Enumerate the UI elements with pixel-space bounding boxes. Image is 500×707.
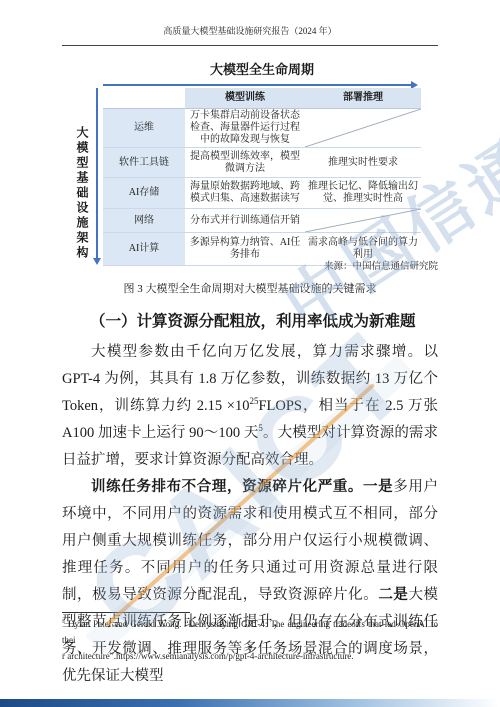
row-train-cell: 万卡集群启动前设备状态检查、海量器件运行过程中的故障发现与恢复 [185, 109, 305, 147]
row-deploy-cell-empty [305, 109, 421, 147]
header-divider-line [62, 45, 438, 46]
figure-side-label: 大模型基础设施架构 [74, 126, 91, 261]
row-deploy-cell: 推理实时性要求 [305, 148, 421, 177]
table-row: AI存储 海量原始数据跨地域、跨模式归集、高速数据读写 推理长记忆、降低输出幻觉… [103, 178, 421, 209]
figure-requirements-table: 模型训练 部署推理 运维 万卡集群启动前设备状态检查、海量器件运行过程中的故障发… [103, 88, 421, 266]
row-train-cell: 提高模型训练效率，模型微调方法 [185, 148, 305, 177]
row-label: 运维 [103, 109, 185, 147]
figure-source: 来源：中国信息通信研究院 [62, 258, 438, 272]
architecture-arrow-down [96, 88, 98, 258]
figure-caption: 图 3 大模型全生命周期对大模型基础设施的关键需求 [62, 280, 438, 296]
figure-lifecycle-title: 大模型全生命周期 [103, 59, 421, 78]
row-label: AI存储 [103, 178, 185, 208]
lifecycle-arrow-right [103, 84, 411, 86]
paragraph: 大模型参数由千亿向万亿发展，算力需求骤增。以 GPT-4 为例，其具有 1.8 … [62, 339, 438, 474]
table-header-train: 模型训练 [185, 88, 305, 108]
table-header-row: 模型训练 部署推理 [103, 88, 421, 109]
section-heading: （一）计算资源分配粗放，利用率低成为新难题 [62, 309, 458, 331]
table-row: 运维 万卡集群启动前设备状态检查、海量器件运行过程中的故障发现与恢复 [103, 109, 421, 148]
footnote: 5 Dylan Patel and Gerald Wong. “Demystif… [62, 616, 438, 664]
row-deploy-cell-empty [305, 209, 421, 232]
footnote-text1: Dylan Patel and Gerald Wong. “Demystifyi… [62, 619, 438, 645]
footnote-divider-line [62, 612, 190, 613]
row-label: 软件工具链 [103, 148, 185, 177]
bottom-decorative-bar [0, 699, 500, 707]
row-label: 网络 [103, 209, 185, 232]
table-header-blank-cell [103, 88, 185, 108]
table-row: 软件工具链 提高模型训练效率，模型微调方法 推理实时性要求 [103, 148, 421, 178]
table-row: 网络 分布式并行训练通信开销 [103, 209, 421, 233]
table-header-deploy: 部署推理 [305, 88, 421, 108]
row-train-cell: 海量原始数据跨地域、跨模式归集、高速数据读写 [185, 178, 305, 208]
row-deploy-cell: 推理长记忆、降低输出幻觉、推理实时性高 [305, 178, 421, 208]
page-number: 7 [0, 646, 500, 656]
footnote-line1: 5 Dylan Patel and Gerald Wong. “Demystif… [62, 616, 438, 648]
row-train-cell: 分布式并行训练通信开销 [185, 209, 305, 232]
page-header-title: 高质量大模型基础设施研究报告（2024 年） [0, 24, 500, 37]
